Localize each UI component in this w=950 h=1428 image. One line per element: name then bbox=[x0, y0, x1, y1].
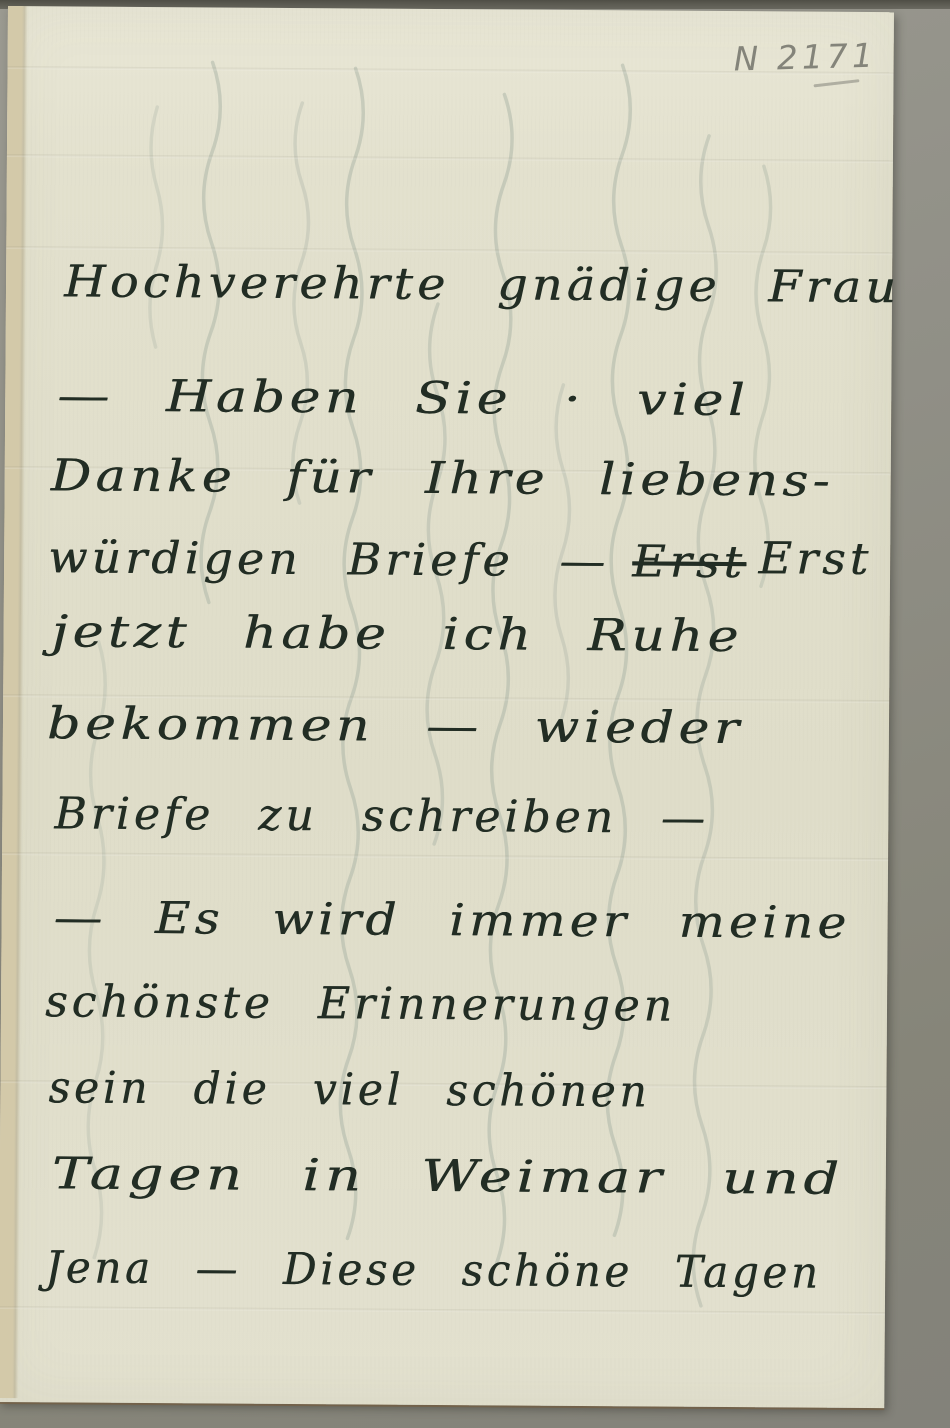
handwriting-segment: würdigen Briefe — bbox=[48, 532, 610, 587]
handwriting-line: schönste Erinnerungen bbox=[45, 974, 676, 1033]
handwriting-line: würdigen Briefe —ErstErst bbox=[48, 530, 872, 591]
archive-number: N 2171 bbox=[733, 36, 877, 79]
crossed-out-word: Erst bbox=[632, 536, 746, 588]
handwriting-line: Briefe zu schreiben — bbox=[54, 786, 709, 846]
handwriting-line: — Haben Sie · viel bbox=[57, 368, 749, 428]
letter-page: N 2171 Hochverehrte gnädige Frau — Haben… bbox=[0, 6, 894, 1408]
page-edge-strip bbox=[0, 6, 28, 1398]
handwriting-line: Jena — Diese schöne Tagen bbox=[45, 1240, 822, 1300]
fold-crease bbox=[6, 246, 892, 255]
handwriting-line: sein die viel schönen bbox=[48, 1060, 650, 1119]
handwriting-line: Danke für Ihre liebens- bbox=[51, 448, 835, 508]
pencil-underline bbox=[813, 79, 859, 87]
handwriting-segment: Erst bbox=[758, 533, 872, 585]
handwriting-line: — Es wird immer meine bbox=[53, 890, 850, 951]
handwriting-line: Tagen in Weimar und bbox=[52, 1146, 844, 1207]
handwriting-line: jetzt habe ich Ruhe bbox=[51, 604, 743, 664]
handwriting-line: bekommen — wieder bbox=[47, 696, 744, 756]
fold-crease bbox=[2, 852, 888, 861]
fold-crease bbox=[7, 154, 893, 163]
scanned-letter-photo: N 2171 Hochverehrte gnädige Frau — Haben… bbox=[0, 0, 950, 1428]
handwriting-line: Hochverehrte gnädige Frau bbox=[64, 254, 900, 315]
fold-crease bbox=[0, 1306, 885, 1315]
